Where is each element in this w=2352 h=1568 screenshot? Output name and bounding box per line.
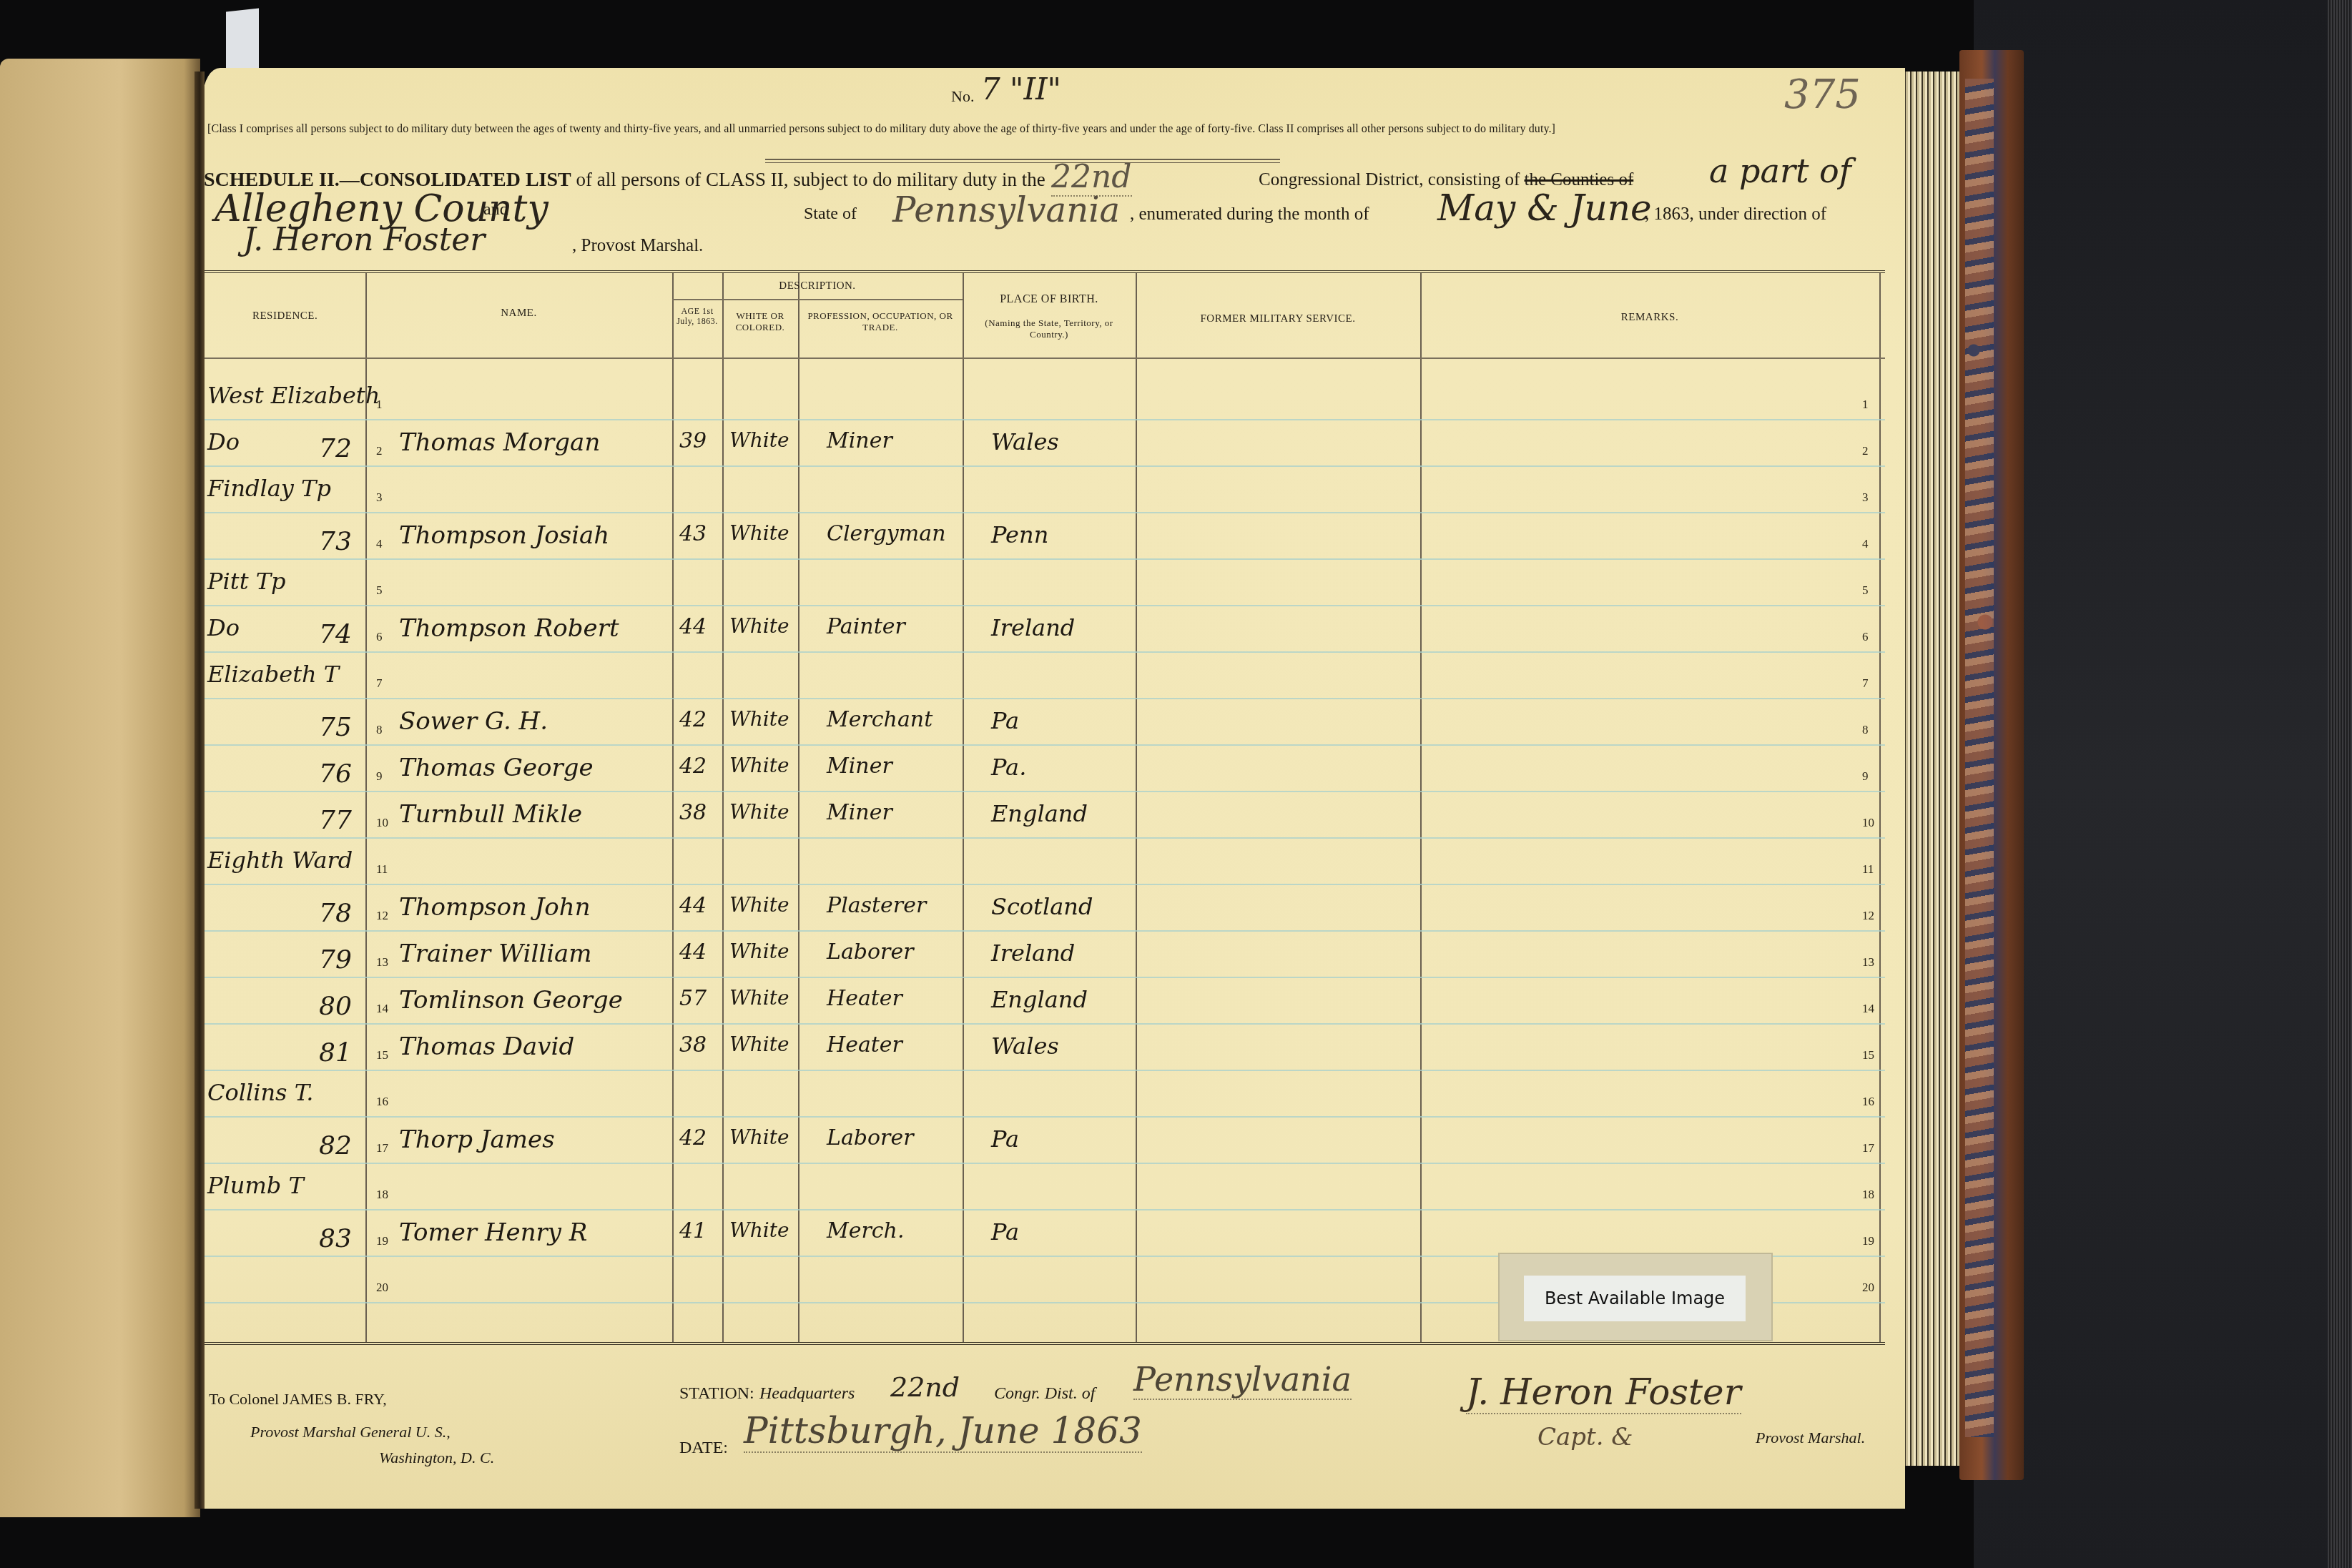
row-number-right: 8 — [1862, 723, 1869, 737]
name-cell: Tomlinson George — [399, 986, 623, 1015]
age-cell: 57 — [679, 986, 707, 1011]
row-rule — [205, 698, 1885, 699]
row-rule — [205, 605, 1885, 606]
book-cover-edge — [1959, 50, 2024, 1480]
row-rule — [205, 465, 1885, 467]
color-cell: White — [729, 521, 789, 545]
name-cell: Thompson John — [399, 893, 591, 922]
page-number: 375 — [1784, 72, 1861, 118]
row-number-right: 20 — [1862, 1281, 1874, 1295]
row-number-right: 14 — [1862, 1002, 1874, 1016]
schedule-number-label: No. — [951, 87, 974, 106]
name-cell: Trainer William — [399, 940, 592, 968]
entry-number-cell: 73 — [319, 527, 352, 556]
row-number: 3 — [376, 490, 383, 505]
row-number: 17 — [376, 1141, 388, 1155]
provost-marshal-footer-label: Provost Marshal. — [1756, 1429, 1865, 1447]
col-header-residence: RESIDENCE. — [205, 310, 365, 322]
birth-place-cell: Pa. — [991, 754, 1026, 781]
left-page — [0, 59, 200, 1517]
row-rule — [205, 512, 1885, 513]
row-number: 19 — [376, 1234, 388, 1248]
age-cell: 44 — [679, 940, 707, 965]
row-number: 13 — [376, 955, 388, 970]
birth-place-cell: England — [991, 800, 1088, 827]
signature-title: Capt. & — [1537, 1423, 1633, 1451]
row-rule — [205, 744, 1885, 746]
date-label: DATE: — [679, 1439, 728, 1458]
profession-cell: Plasterer — [827, 893, 926, 918]
profession-cell: Heater — [827, 986, 902, 1011]
row-number-right: 2 — [1862, 444, 1869, 458]
row-number: 10 — [376, 816, 388, 830]
entry-number-cell: 74 — [319, 620, 352, 649]
marbled-edge — [1965, 79, 1994, 1437]
row-number-right: 18 — [1862, 1188, 1874, 1202]
col-header-former-service: FORMER MILITARY SERVICE. — [1136, 313, 1420, 325]
row-number: 4 — [376, 537, 383, 551]
profession-cell: Laborer — [827, 940, 914, 965]
entry-number-cell: 76 — [319, 759, 352, 789]
col-divider — [672, 273, 674, 1342]
schedule-number-value: 7 "II" — [981, 72, 1061, 107]
entry-number-cell: 75 — [319, 713, 352, 742]
entry-number-cell: 82 — [319, 1131, 352, 1160]
description-divider — [672, 299, 963, 300]
col-header-age: AGE 1st July, 1863. — [674, 306, 721, 326]
best-available-image-label: Best Available Image — [1524, 1276, 1746, 1321]
birth-place-cell: Pa — [991, 707, 1019, 734]
residence-cell: West Elizabeth — [207, 382, 380, 409]
congressional-text: Congressional District, consisting of — [1259, 170, 1520, 189]
station-state-field: Pennsylvania — [1133, 1360, 1352, 1400]
profession-cell: Merchant — [827, 707, 933, 732]
row-rule — [205, 1116, 1885, 1118]
profession-cell: Laborer — [827, 1125, 914, 1150]
color-cell: White — [729, 1032, 789, 1056]
age-cell: 43 — [679, 521, 707, 546]
col-divider — [722, 273, 724, 1342]
name-cell: Turnbull Mikle — [399, 800, 582, 829]
birth-place-cell: Wales — [991, 1032, 1059, 1060]
age-cell: 41 — [679, 1218, 707, 1243]
row-number-right: 19 — [1862, 1234, 1874, 1248]
profession-cell: Merch. — [827, 1218, 904, 1243]
entry-number-cell: 81 — [319, 1038, 352, 1067]
schedule-text: of all persons of CLASS II, subject to d… — [571, 169, 1045, 190]
row-rule — [205, 558, 1885, 560]
row-number-right: 15 — [1862, 1048, 1874, 1062]
residence-cell: Elizabeth T — [207, 661, 339, 688]
row-rule — [205, 837, 1885, 839]
row-number-right: 5 — [1862, 583, 1869, 598]
age-cell: 39 — [679, 428, 707, 453]
header-rule — [765, 159, 1280, 163]
color-cell: White — [729, 754, 789, 777]
residence-cell: Eighth Ward — [207, 847, 353, 874]
enumerated-text: , enumerated during the month of — [1130, 204, 1369, 225]
entry-number-cell: 80 — [319, 992, 352, 1021]
struck-text: the Counties of — [1525, 170, 1634, 189]
state-field: Pennsylvania — [892, 190, 1120, 230]
color-cell: White — [729, 428, 789, 452]
birth-place-cell: Pa — [991, 1125, 1019, 1153]
row-number-right: 17 — [1862, 1141, 1874, 1155]
col-header-remarks: REMARKS. — [1420, 312, 1879, 324]
residence-cell: Collins T. — [207, 1079, 313, 1106]
age-cell: 42 — [679, 754, 707, 779]
col-header-profession: PROFESSION, OCCUPATION, OR TRADE. — [799, 310, 961, 333]
station-headquarters: Headquarters — [759, 1384, 855, 1404]
row-number: 16 — [376, 1095, 388, 1109]
row-rule — [205, 930, 1885, 932]
name-cell: Tomer Henry R — [399, 1218, 587, 1247]
row-number: 6 — [376, 630, 383, 644]
col-header-description: DESCRIPTION. — [672, 280, 963, 292]
name-cell: Thompson Robert — [399, 614, 619, 643]
state-of-label: State of — [804, 204, 857, 224]
col-divider — [1879, 273, 1881, 1342]
page-stack — [1902, 72, 1959, 1466]
name-cell: Thomas George — [399, 754, 594, 782]
addressee-location: Washington, D. C. — [379, 1449, 494, 1467]
age-cell: 38 — [679, 1032, 707, 1057]
row-number-right: 3 — [1862, 490, 1869, 505]
col-header-birth-sub: (Naming the State, Territory, or Country… — [967, 317, 1131, 340]
residence-cell: Do — [207, 614, 240, 641]
row-number: 11 — [376, 862, 388, 877]
color-cell: White — [729, 707, 789, 731]
row-number-right: 12 — [1862, 909, 1874, 923]
birth-place-cell: Pa — [991, 1218, 1019, 1246]
row-number: 2 — [376, 444, 383, 458]
addressee-title: Provost Marshal General U. S., — [250, 1423, 451, 1441]
name-cell: Thorp James — [399, 1125, 555, 1154]
profession-cell: Miner — [827, 800, 892, 825]
year-text: , 1863, under direction of — [1645, 204, 1826, 225]
row-number-right: 16 — [1862, 1095, 1874, 1109]
consisting-of-field: a part of — [1709, 152, 1851, 190]
name-cell: Sower G. H. — [399, 707, 548, 736]
residence-cell: Plumb T — [207, 1172, 304, 1199]
and-label: and — [483, 200, 508, 220]
row-number: 7 — [376, 676, 383, 691]
months-field: May & June — [1437, 187, 1652, 229]
row-rule — [205, 419, 1885, 420]
class-definition-note: [Class I comprises all persons subject t… — [207, 123, 1555, 136]
row-number: 5 — [376, 583, 383, 598]
addressee-line: To Colonel JAMES B. FRY, — [209, 1390, 387, 1409]
profession-cell: Clergyman — [827, 521, 945, 546]
color-cell: White — [729, 1218, 789, 1242]
row-number-right: 4 — [1862, 537, 1869, 551]
background-edge — [2328, 0, 2352, 1568]
ledger-table: RESIDENCE. NAME. DESCRIPTION. AGE 1st Ju… — [205, 270, 1885, 1345]
signature: J. Heron Foster — [1466, 1371, 1741, 1414]
residence-cell: Pitt Tp — [207, 568, 285, 595]
entry-number-cell: 72 — [319, 434, 352, 463]
row-number: 8 — [376, 723, 383, 737]
col-divider — [798, 273, 799, 1342]
color-cell: White — [729, 614, 789, 638]
profession-cell: Miner — [827, 428, 892, 453]
col-divider — [1420, 273, 1422, 1342]
birth-place-cell: England — [991, 986, 1088, 1013]
row-number: 9 — [376, 769, 383, 784]
marshal-name-field: J. Heron Foster — [243, 222, 485, 258]
row-rule — [205, 1070, 1885, 1071]
row-rule — [205, 1163, 1885, 1164]
profession-cell: Heater — [827, 1032, 902, 1057]
row-number-right: 13 — [1862, 955, 1874, 970]
row-number: 20 — [376, 1281, 388, 1295]
profession-cell: Painter — [827, 614, 905, 639]
birth-place-cell: Ireland — [991, 940, 1075, 967]
book-gutter — [195, 72, 205, 1509]
profession-cell: Miner — [827, 754, 892, 779]
col-divider — [365, 273, 367, 1342]
row-number-right: 9 — [1862, 769, 1869, 784]
residence-cell: Do — [207, 428, 240, 455]
row-rule — [205, 791, 1885, 792]
row-number: 12 — [376, 909, 388, 923]
row-number: 18 — [376, 1188, 388, 1202]
col-header-color: WHITE OR COLORED. — [724, 310, 797, 333]
entry-number-cell: 77 — [319, 806, 352, 835]
row-number: 15 — [376, 1048, 388, 1062]
provost-marshal-label: , Provost Marshal. — [572, 236, 703, 256]
age-cell: 38 — [679, 800, 707, 825]
row-rule — [205, 1023, 1885, 1025]
best-available-image-stamp: Best Available Image — [1498, 1253, 1773, 1341]
col-header-birth: PLACE OF BIRTH. — [963, 293, 1136, 306]
station-district-field: 22nd — [890, 1371, 960, 1403]
row-number-right: 1 — [1862, 398, 1869, 412]
row-number-right: 10 — [1862, 816, 1874, 830]
birth-place-cell: Wales — [991, 428, 1059, 455]
row-number: 14 — [376, 1002, 388, 1016]
background-right — [1974, 0, 2352, 1568]
birth-place-cell: Penn — [991, 521, 1048, 548]
col-divider — [1136, 273, 1137, 1342]
row-number-right: 6 — [1862, 630, 1869, 644]
age-cell: 42 — [679, 1125, 707, 1150]
row-rule — [205, 651, 1885, 653]
header-divider — [205, 358, 1885, 359]
row-rule — [205, 977, 1885, 978]
row-rule — [205, 884, 1885, 885]
entry-number-cell: 83 — [319, 1224, 352, 1253]
name-cell: Thomas David — [399, 1032, 574, 1061]
age-cell: 44 — [679, 614, 707, 639]
station-label: STATION: — [679, 1384, 754, 1404]
color-cell: White — [729, 800, 789, 824]
name-cell: Thompson Josiah — [399, 521, 609, 550]
station-congr-dist: Congr. Dist. of — [994, 1384, 1095, 1404]
age-cell: 44 — [679, 893, 707, 918]
col-header-name: NAME. — [365, 307, 672, 320]
residence-cell: Findlay Tp — [207, 475, 331, 502]
color-cell: White — [729, 940, 789, 963]
row-number-right: 11 — [1862, 862, 1874, 877]
entry-number-cell: 79 — [319, 945, 352, 975]
age-cell: 42 — [679, 707, 707, 732]
birth-place-cell: Ireland — [991, 614, 1075, 641]
color-cell: White — [729, 1125, 789, 1149]
color-cell: White — [729, 893, 789, 917]
name-cell: Thomas Morgan — [399, 428, 600, 457]
entry-number-cell: 78 — [319, 899, 352, 928]
row-rule — [205, 1209, 1885, 1210]
row-number-right: 7 — [1862, 676, 1869, 691]
birth-place-cell: Scotland — [991, 893, 1093, 920]
date-field: Pittsburgh, June 1863 — [744, 1410, 1142, 1453]
color-cell: White — [729, 986, 789, 1010]
col-divider — [963, 273, 964, 1342]
